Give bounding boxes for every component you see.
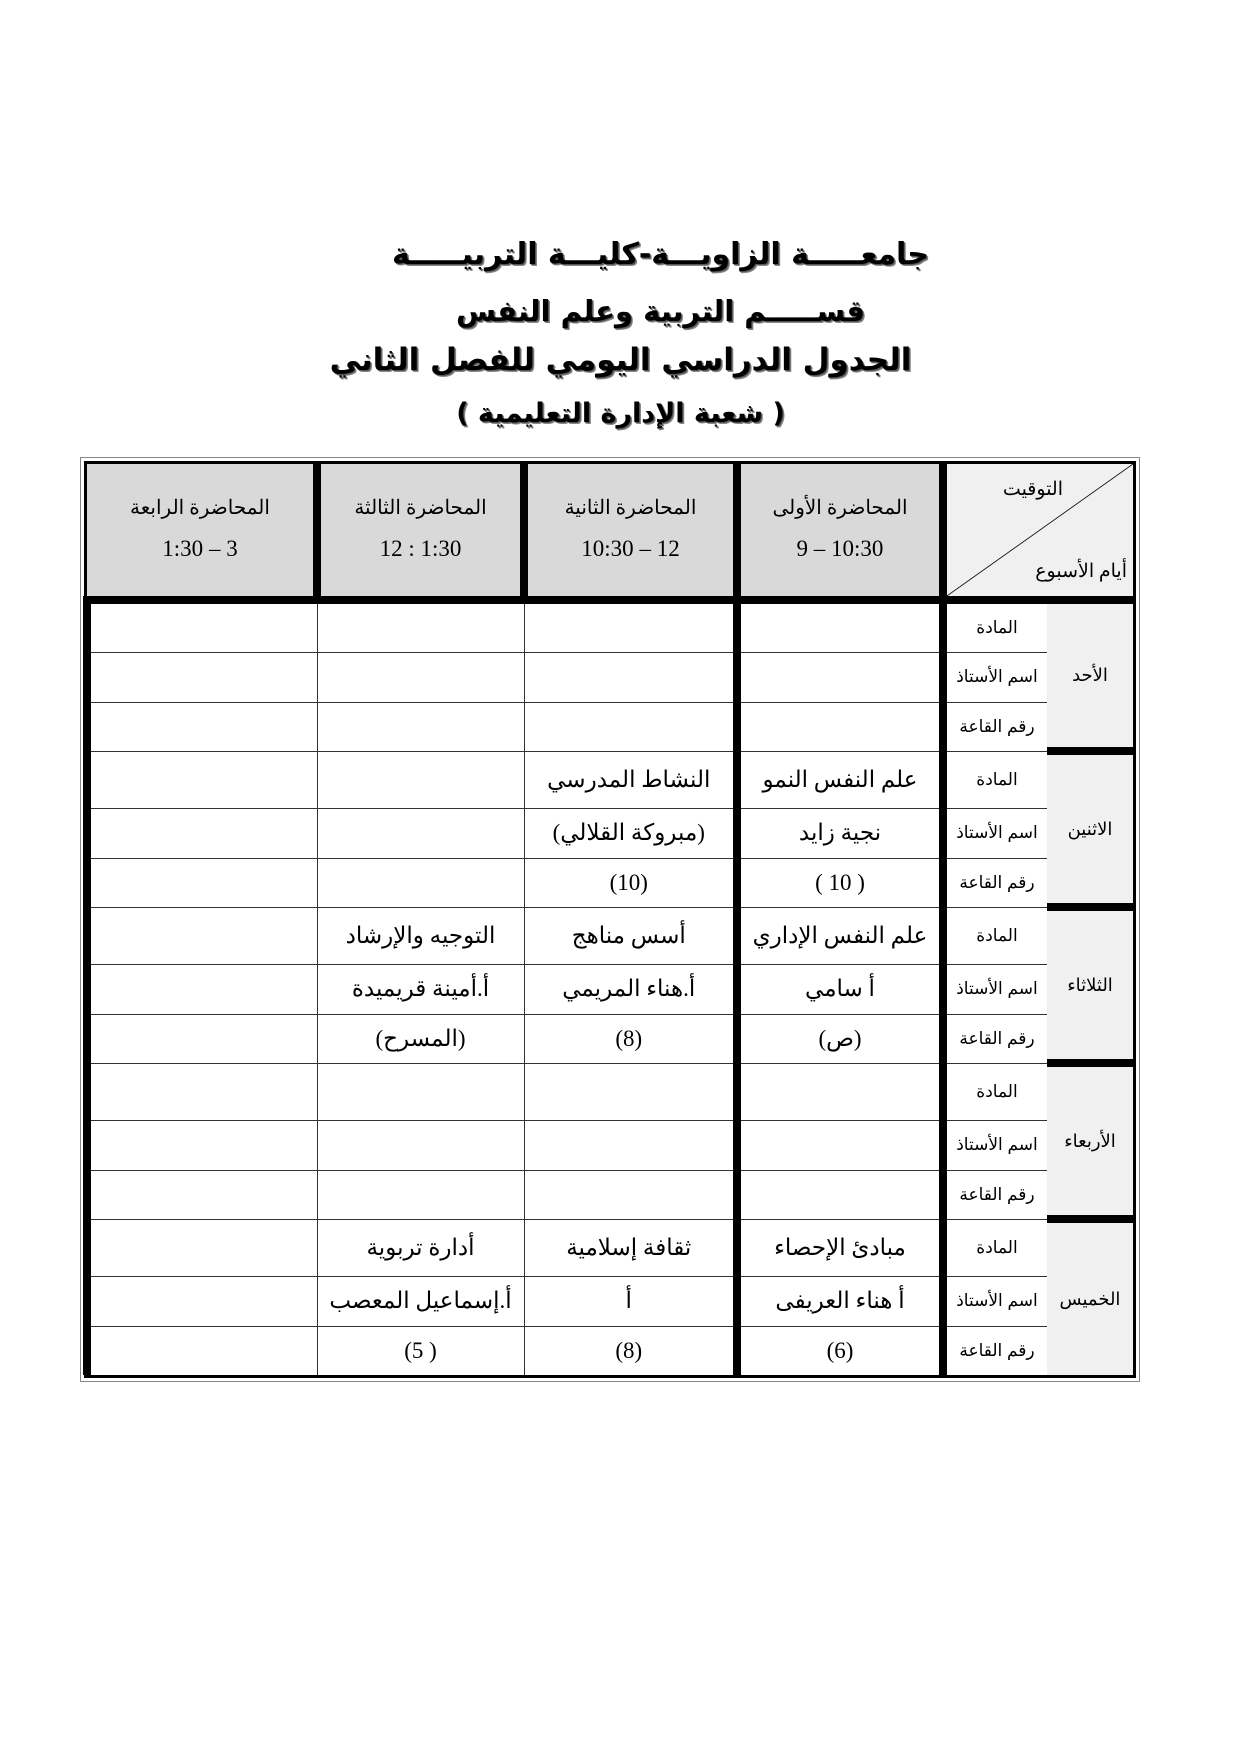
slot-time: 10:30 – 9 xyxy=(741,527,939,571)
teacher-cell: أ.أمينة قريميدة xyxy=(317,965,524,1014)
corner-cell: التوقيت أيام الأسبوع xyxy=(943,464,1133,600)
subject-cell: علم النفس النمو xyxy=(737,751,943,808)
schedule-title: الجدول الدراسي اليومي للفصل الثاني xyxy=(0,345,1241,400)
teacher-cell: أ xyxy=(524,1277,737,1326)
slot-time: 12 – 10:30 xyxy=(528,527,733,571)
row-label-subject: المادة xyxy=(943,1063,1047,1120)
header-row: التوقيت أيام الأسبوع المحاضرة الأولى10:3… xyxy=(87,464,1133,600)
room-cell xyxy=(737,702,943,751)
room-cell xyxy=(87,1170,317,1219)
table-row: رقم القاعة ( 10 ) (10) xyxy=(87,858,1133,907)
room-cell: (8) xyxy=(524,1326,737,1375)
subject-cell xyxy=(737,600,943,653)
row-label-room: رقم القاعة xyxy=(943,858,1047,907)
subject-cell xyxy=(317,1063,524,1120)
slot-name: المحاضرة الثانية xyxy=(528,489,733,527)
row-label-room: رقم القاعة xyxy=(943,702,1047,751)
room-cell xyxy=(87,858,317,907)
subject-cell xyxy=(524,1063,737,1120)
document-header: جامعـــــة الزاويـــة-كليـــة التربيــــ… xyxy=(0,240,1241,440)
room-cell: ( 5) xyxy=(317,1326,524,1375)
teacher-cell: أ سامي xyxy=(737,965,943,1014)
subject-cell: ثقافة إسلامية xyxy=(524,1219,737,1276)
table-row: اسم الأستاذ xyxy=(87,653,1133,702)
day-label: الثلاثاء xyxy=(1047,907,1133,1063)
subject-cell xyxy=(87,600,317,653)
table-row: اسم الأستاذ xyxy=(87,1121,1133,1170)
subject-cell xyxy=(524,600,737,653)
row-label-teacher: اسم الأستاذ xyxy=(943,653,1047,702)
day-label: الخميس xyxy=(1047,1219,1133,1375)
room-cell xyxy=(317,702,524,751)
day-label: الأحد xyxy=(1047,600,1133,751)
teacher-cell xyxy=(317,809,524,858)
slot-header-4: المحاضرة الرابعة3 – 1:30 xyxy=(87,464,317,600)
subject-cell xyxy=(87,907,317,964)
day-label: الاثنين xyxy=(1047,751,1133,907)
row-label-room: رقم القاعة xyxy=(943,1014,1047,1063)
table-row: اسم الأستاذ نجية زايد (مبروكة القلالي) xyxy=(87,809,1133,858)
teacher-cell xyxy=(87,965,317,1014)
slot-name: المحاضرة الأولى xyxy=(741,489,939,527)
schedule-table-frame: التوقيت أيام الأسبوع المحاضرة الأولى10:3… xyxy=(84,461,1136,1378)
row-label-teacher: اسم الأستاذ xyxy=(943,809,1047,858)
subject-cell xyxy=(737,1063,943,1120)
subject-cell: أسس مناهج xyxy=(524,907,737,964)
subject-cell: أدارة تربوية xyxy=(317,1219,524,1276)
teacher-cell xyxy=(87,809,317,858)
room-cell xyxy=(524,702,737,751)
row-label-subject: المادة xyxy=(943,907,1047,964)
teacher-cell xyxy=(737,653,943,702)
room-cell xyxy=(317,858,524,907)
university-title: جامعـــــة الزاويـــة-كليـــة التربيــــ… xyxy=(0,240,1241,297)
row-label-room: رقم القاعة xyxy=(943,1326,1047,1375)
teacher-cell: أ.إسماعيل المعصب xyxy=(317,1277,524,1326)
teacher-cell: أ هناء العريفى xyxy=(737,1277,943,1326)
teacher-cell xyxy=(87,1277,317,1326)
slot-header-3: المحاضرة الثالثة1:30 : 12 xyxy=(317,464,524,600)
subject-cell xyxy=(87,751,317,808)
department-title: قســـــم التربية وعلم النفس xyxy=(0,297,1241,345)
teacher-cell xyxy=(737,1121,943,1170)
subject-cell xyxy=(317,751,524,808)
corner-days-label: أيام الأسبوع xyxy=(1035,554,1127,590)
room-cell: (ص) xyxy=(737,1014,943,1063)
table-row: الأربعاء المادة xyxy=(87,1063,1133,1120)
subject-cell xyxy=(87,1063,317,1120)
table-row: الأحد المادة xyxy=(87,600,1133,653)
teacher-cell xyxy=(317,1121,524,1170)
day-label: الأربعاء xyxy=(1047,1063,1133,1219)
room-cell xyxy=(317,1170,524,1219)
room-cell xyxy=(737,1170,943,1219)
table-row: اسم الأستاذ أ سامي أ.هناء المريمي أ.أمين… xyxy=(87,965,1133,1014)
teacher-cell xyxy=(524,1121,737,1170)
row-label-subject: المادة xyxy=(943,1219,1047,1276)
subject-cell: التوجيه والإرشاد xyxy=(317,907,524,964)
teacher-cell: نجية زايد xyxy=(737,809,943,858)
teacher-cell xyxy=(524,653,737,702)
subject-cell: علم النفس الإداري xyxy=(737,907,943,964)
row-label-teacher: اسم الأستاذ xyxy=(943,1121,1047,1170)
slot-name: المحاضرة الثالثة xyxy=(321,489,520,527)
teacher-cell xyxy=(317,653,524,702)
teacher-cell: أ.هناء المريمي xyxy=(524,965,737,1014)
room-cell xyxy=(87,1014,317,1063)
table-row: الاثنين المادة علم النفس النمو النشاط ال… xyxy=(87,751,1133,808)
subject-cell xyxy=(317,600,524,653)
slot-name: المحاضرة الرابعة xyxy=(87,489,313,527)
room-cell: (10) xyxy=(524,858,737,907)
row-label-teacher: اسم الأستاذ xyxy=(943,1277,1047,1326)
slot-header-1: المحاضرة الأولى10:30 – 9 xyxy=(737,464,943,600)
slot-time: 3 – 1:30 xyxy=(87,527,313,571)
row-label-subject: المادة xyxy=(943,600,1047,653)
table-row: الثلاثاء المادة علم النفس الإداري أسس من… xyxy=(87,907,1133,964)
subject-cell: مبادئ الإحصاء xyxy=(737,1219,943,1276)
division-title: ( شعبة الإدارة التعليمية ) xyxy=(0,400,1241,440)
table-row: رقم القاعة xyxy=(87,1170,1133,1219)
row-label-subject: المادة xyxy=(943,751,1047,808)
room-cell xyxy=(87,1326,317,1375)
row-label-room: رقم القاعة xyxy=(943,1170,1047,1219)
table-row: الخميس المادة مبادئ الإحصاء ثقافة إسلامي… xyxy=(87,1219,1133,1276)
room-cell xyxy=(87,702,317,751)
slot-header-2: المحاضرة الثانية12 – 10:30 xyxy=(524,464,737,600)
subject-cell xyxy=(87,1219,317,1276)
schedule-table: التوقيت أيام الأسبوع المحاضرة الأولى10:3… xyxy=(83,464,1133,1375)
table-row: رقم القاعة xyxy=(87,702,1133,751)
teacher-cell xyxy=(87,1121,317,1170)
room-cell xyxy=(524,1170,737,1219)
room-cell: ( 10 ) xyxy=(737,858,943,907)
table-row: رقم القاعة (ص) (8) (المسرح) xyxy=(87,1014,1133,1063)
room-cell: (المسرح) xyxy=(317,1014,524,1063)
teacher-cell xyxy=(87,653,317,702)
corner-time-label: التوقيت xyxy=(1003,472,1063,508)
teacher-cell: (مبروكة القلالي) xyxy=(524,809,737,858)
slot-time: 1:30 : 12 xyxy=(321,527,520,571)
room-cell: (6) xyxy=(737,1326,943,1375)
row-label-teacher: اسم الأستاذ xyxy=(943,965,1047,1014)
table-row: رقم القاعة (6) (8) ( 5) xyxy=(87,1326,1133,1375)
table-row: اسم الأستاذ أ هناء العريفى أ أ.إسماعيل ا… xyxy=(87,1277,1133,1326)
subject-cell: النشاط المدرسي xyxy=(524,751,737,808)
room-cell: (8) xyxy=(524,1014,737,1063)
